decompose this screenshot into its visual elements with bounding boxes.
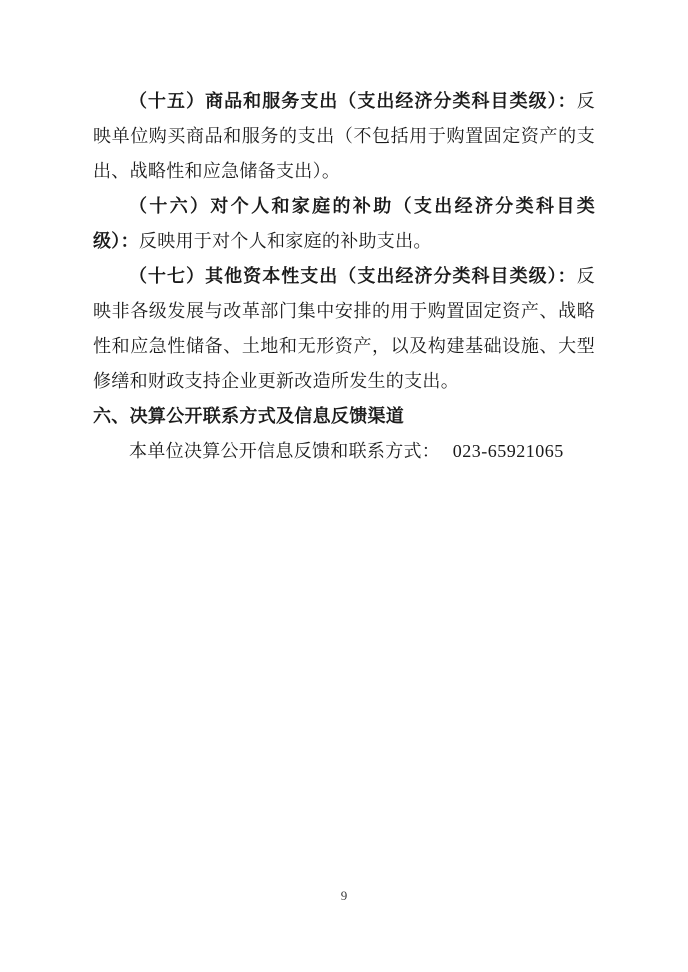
paragraph-item-16: （十六）对个人和家庭的补助（支出经济分类科目类级）：反映用于对个人和家庭的补助支… (93, 189, 595, 259)
document-page: （十五）商品和服务支出（支出经济分类科目类级）：反映单位购买商品和服务的支出（不… (0, 0, 688, 972)
paragraph-lead: （十七）其他资本性支出（支出经济分类科目类级）： (129, 266, 577, 286)
document-body: （十五）商品和服务支出（支出经济分类科目类级）：反映单位购买商品和服务的支出（不… (93, 84, 595, 469)
page-number: 9 (0, 888, 688, 904)
paragraph-lead: （十五）商品和服务支出（支出经济分类科目类级）： (129, 91, 577, 111)
contact-phone: 023-65921065 (453, 441, 564, 461)
paragraph-body: 反映用于对个人和家庭的补助支出。 (139, 231, 432, 251)
contact-line: 本单位决算公开信息反馈和联系方式：023-65921065 (93, 434, 595, 469)
paragraph-item-17: （十七）其他资本性支出（支出经济分类科目类级）：反映非各级发展与改革部门集中安排… (93, 259, 595, 399)
contact-label: 本单位决算公开信息反馈和联系方式： (129, 441, 440, 461)
section-heading: 六、决算公开联系方式及信息反馈渠道 (93, 399, 595, 434)
paragraph-item-15: （十五）商品和服务支出（支出经济分类科目类级）：反映单位购买商品和服务的支出（不… (93, 84, 595, 189)
